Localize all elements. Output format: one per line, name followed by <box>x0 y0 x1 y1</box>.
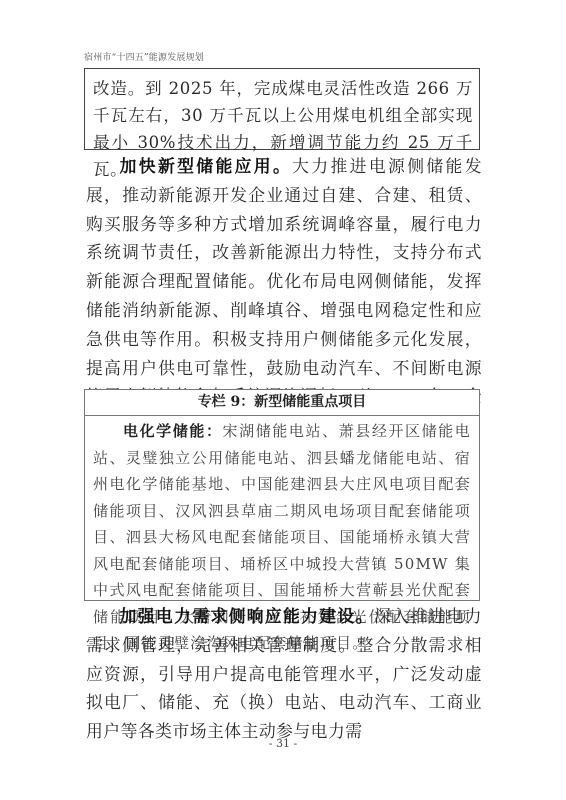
paragraph-lead: 加快新型储能应用。 <box>120 156 293 176</box>
column-box-title: 专栏 9：新型储能重点项目 <box>85 390 479 416</box>
paragraph-demand-response: 加强电力需求侧响应能力建设。深入推进电力需求侧管理，完善相关管理制度。整合分散需… <box>86 602 482 746</box>
paragraph-lead: 加强电力需求侧响应能力建设。 <box>120 606 374 626</box>
continued-text-box: 改造。到 2025 年，完成煤电灵活性改造 266 万千瓦左右，30 万千瓦以上… <box>84 68 480 150</box>
running-header: 宿州市“十四五”能源发展规划 <box>84 50 204 63</box>
page-number: - 31 - <box>0 737 566 750</box>
paragraph-body: 深入推进电力需求侧管理，完善相关管理制度。整合分散需求相应资源，引导用户提高电能… <box>86 606 482 741</box>
category-label: 电化学储能： <box>123 422 223 440</box>
column-box-9: 专栏 9：新型储能重点项目 电化学储能：宋湖储能电站、萧县经开区储能电站、灵璧独… <box>84 389 480 601</box>
